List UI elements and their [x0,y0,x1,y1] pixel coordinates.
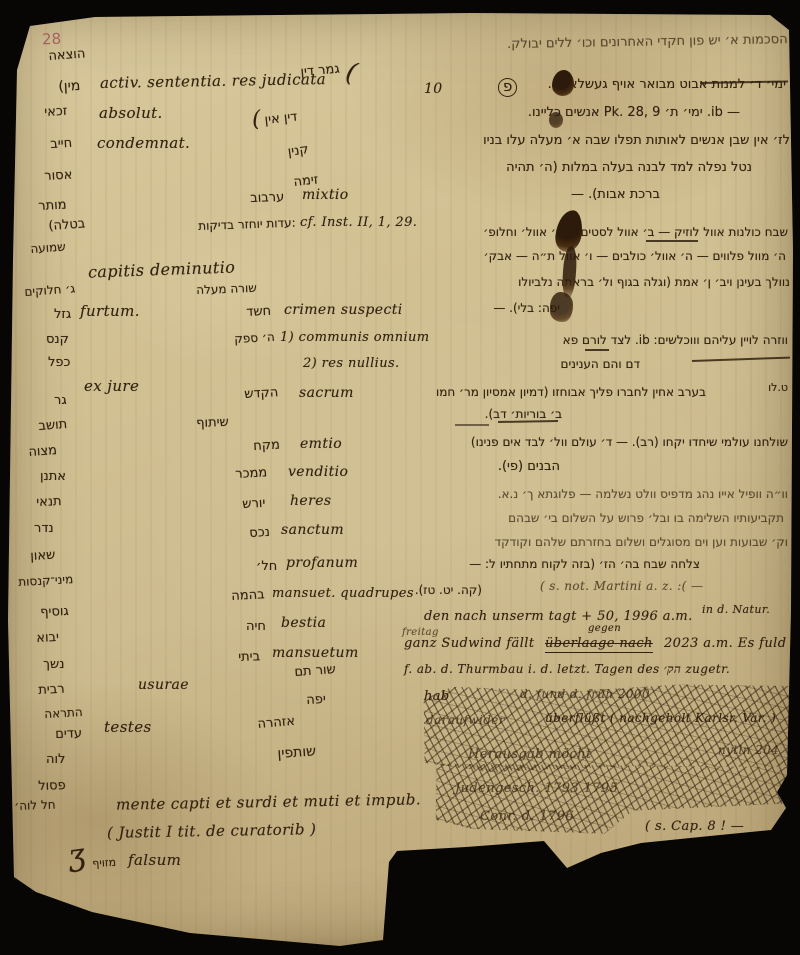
hebrew-gloss: עדים [55,727,82,742]
right-line-2: ימי׳ ד׳ למנות אבוט מבואר אויף געשלאגען. [548,78,786,92]
hebrew-gloss: ה׳ ספק [234,331,275,346]
latin-term-communis-omnium: 1) communis omnium [280,331,430,345]
latin-term-mansuetum: mansuetum [272,646,359,661]
hebrew-gloss: חל׳ [256,560,277,574]
hebrew-gloss: גוסיף [40,605,69,620]
hebrew-gloss: מותר [38,199,67,214]
latin-heading-capitis-deminutio: capitis deminutio [88,259,236,281]
right-line-21-note: ( s. not. Martini a. z. :( — [540,580,703,593]
hebrew-gloss: שותפין [277,744,317,761]
ink-blot [549,112,563,128]
hebrew-gloss: גר [54,394,67,408]
hebrew-gloss: ממכר [235,466,268,481]
hebrew-gloss: ביתי [238,650,260,664]
hebrew-heading-left: הוצאה [48,47,86,63]
latin-term-sacrum: sacrum [299,386,354,401]
right-line-5: נטל נפלה למד לבנה בעלה במלות (ה׳ תהיה [506,161,752,175]
page-number: 28 [42,30,62,49]
right-line-13: בערב אחין לחברו פליך אבוחזו (דמיון אמסיו… [436,386,706,399]
latin-term-venditio: venditio [288,465,348,480]
hebrew-gloss: נכס [249,526,270,541]
underline-mark [498,420,558,423]
right-line-2-number: 10 [424,82,443,97]
hebrew-gloss: שאון [30,549,56,564]
hebrew-gloss: קנין [287,143,310,159]
hebrew-gloss: חל לוה׳ [14,799,56,813]
right-line-2-circled: פ [498,78,517,97]
hebrew-gloss: רבית [38,683,65,698]
scribble-crosshatch-block [423,681,790,773]
german-line-2a: ganz Sudwind fällt [404,637,534,651]
hebrew-gloss: נדר [34,522,54,536]
latin-term-emtio: emtio [300,437,342,452]
hebrew-gloss: כפל [48,356,70,370]
german-line-3: f. ab. d. Thurmbau i. d. letzt. Tagen de… [404,663,730,676]
hebrew-gloss: ג׳ חלוקים [24,282,76,298]
latin-line-mente-capti: mente capti et surdi et muti et impub. [116,792,421,813]
latin-term-heres: heres [290,494,331,509]
hebrew-gloss: אזהרה [257,715,296,732]
latin-term-testes: testes [104,720,152,736]
right-line-11: ווזרה לויין עליהם וווכלשים: ib. לצד לורם… [563,334,788,347]
right-line-8: ה׳ מוול פלווים — ה׳ אוול׳ כולבים — ו׳ או… [484,250,786,263]
latin-term-crimen-suspecti: crimen suspecti [284,303,403,318]
latin-term-profanum: profanum [286,556,358,571]
hebrew-gloss: קנס [46,333,69,347]
ink-blot [552,70,574,96]
hebrew-gloss: (מין [58,79,81,95]
latin-term-actio-sententia: activ. sententia. res judicata [100,72,326,92]
right-line-6: ברכת אבות). — [571,188,660,202]
hebrew-gloss: אסור [44,169,73,184]
hebrew-gloss: הקדש [244,386,279,401]
hebrew-gloss: עדות יוחזר בדיקות: [198,217,296,233]
hebrew-gloss: יבוא [36,631,59,646]
manuscript-photo: 28 הוצאה(מיןactiv. sententia. res judica… [0,0,800,955]
right-line-18: תקביעותיו השלימה בו ובל׳ פרוש על השלום ב… [508,512,784,525]
hebrew-gloss: מצוה [28,444,57,460]
latin-term-mixtio: mixtio [302,188,349,203]
hebrew-gloss: זכאי [44,105,68,120]
flourish-glyph: ʒ [66,839,88,873]
right-line-20: צלחה שבח בה׳ הז׳ (בזה לקוח מתחתיו ל: — [469,558,700,571]
latin-term-bestia: bestia [281,616,326,631]
latin-term-quadrupes: mansuet. quadrupes [272,587,414,601]
right-line-7: שבח כולנות אוול לוזיק — ב׳ אוול לסטים — … [483,226,788,239]
latin-term-ex-jure: ex jure [84,379,139,395]
hebrew-gloss: פסול [38,779,66,794]
right-line-19: וק׳ שבועות וען וים מסוגלים ושלום בחזרתם … [495,536,788,549]
paren-flourish: ( [343,59,360,88]
right-line-21: (קה. יט. טז). [415,584,482,597]
underline-mark [585,349,609,351]
hebrew-gloss: בהמה [231,588,265,603]
hebrew-gloss: מזויף [92,857,116,870]
hebrew-gloss: שיתוף [196,416,229,431]
ink-smear [550,292,573,322]
hebrew-gloss: ערבוב [250,191,285,206]
right-line-16: הבנים (פי). [498,460,560,474]
latin-term-absolut: absolut. [99,106,163,122]
scribble-note-cap8: ( s. Cap. 8 ! — [645,820,744,834]
right-line-15: שולחנו עולמי שיחדו יקחו (רב). — ד׳ עולם … [471,436,788,449]
manuscript-paper: 28 הוצאה(מיןactiv. sententia. res judica… [0,0,800,955]
latin-citation-justit: ( Justit I tit. de curatorib ) [107,822,317,841]
hebrew-gloss: שמועה [30,241,66,256]
hebrew-gloss: שור תם [294,663,336,679]
german-line-2d: 2023 a.m. Es fuld [664,637,786,651]
underline-mark [646,240,698,242]
german-line-1: den nach unserm tagt + 50, 1996 a.m. [424,610,693,624]
hebrew-gloss: התראה [44,706,83,721]
latin-term-usurae: usurae [138,678,189,693]
right-line-14: ב׳ בוריות׳ דב). [485,408,562,421]
hebrew-gloss: לוה [46,753,65,767]
hebrew-gloss: נשך [43,658,64,672]
right-line-1: הסכמות א׳ יש פון חקדי האחרונים וכו׳ ללים… [507,33,788,52]
hebrew-gloss: חשד [246,305,271,320]
hebrew-gloss: אתנן [40,470,66,484]
paren-flourish: ( [251,108,262,132]
hebrew-gloss: תושב [38,418,68,434]
divider-line [692,357,790,362]
latin-term-sanctum: sanctum [281,523,344,538]
right-line-17: וו״ה וופיל אייו נהג מדפיס וולט נשלמה — פ… [498,488,788,501]
hebrew-gloss: דין אין [264,111,298,128]
right-line-12: דם והם הענינים [560,358,640,371]
latin-term-furtum: furtum. [80,304,140,320]
hebrew-gloss: שורה מעלה [196,282,257,297]
right-line-4: לז׳ אין שבן אנשים לאותות תפלו שבה א׳ מעל… [483,134,790,148]
german-line-1-margin: in d. Natur. [702,604,770,616]
hebrew-gloss: יורש [242,497,266,512]
latin-term-condemnat: condemnat. [97,136,190,152]
german-line-2b: überlaage nach [545,637,653,653]
latin-citation-inst: cf. Inst. II, 1, 29. [300,216,417,230]
latin-term-res-nullius: 2) res nullius. [303,357,400,371]
german-line-2c: gegen [588,624,621,635]
hebrew-gloss: (בטלה [48,217,86,233]
hebrew-gloss: מיני־קנסות [18,573,74,588]
latin-term-falsum: falsum [128,853,181,869]
hebrew-gloss: חיה [246,620,266,634]
hebrew-gloss: תנאי [36,495,62,510]
hebrew-gloss: גזל [54,308,71,322]
hebrew-gloss: גמר דין [300,63,340,80]
hebrew-gloss: חייב [50,137,73,152]
hebrew-gloss: מקח [253,439,280,454]
hebrew-gloss: יפה [306,693,326,708]
underline-mark [455,424,489,426]
right-line-13-margin: ט.לו [768,382,788,394]
right-line-9: נוולך בעינן ויב׳ ן׳ אמת (וגלה בגוף ול׳ ב… [518,276,790,289]
